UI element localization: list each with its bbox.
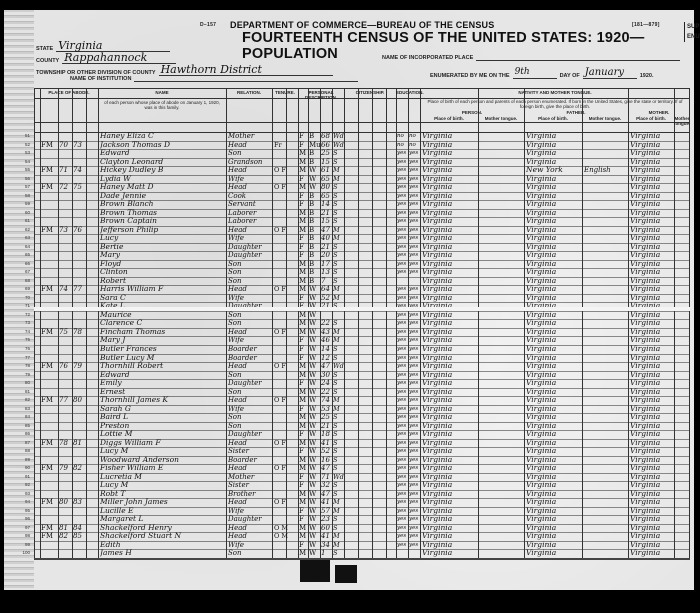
cell-marital: S: [333, 277, 344, 286]
cell-father-tongue: [584, 515, 628, 524]
cell-street: [41, 311, 58, 320]
column-header: Mother tongue.: [674, 116, 690, 126]
cell-mother-birth: Virginia: [630, 141, 674, 150]
line-number: 81: [18, 389, 30, 394]
cell-relation: Daughter: [228, 379, 272, 388]
cell-mother-birth: Virginia: [630, 260, 674, 269]
cell-name: Haney Matt D: [100, 183, 226, 192]
cell-read: yes: [397, 447, 408, 456]
cell-marital: S: [333, 251, 344, 260]
cell-mother-birth: Virginia: [630, 285, 674, 294]
cell-dwelling: [59, 388, 72, 397]
cell-read: yes: [397, 515, 408, 524]
cell-name: Robt T: [100, 490, 226, 499]
cell-birth: Virginia: [422, 209, 478, 218]
table-row: 78FM7679Thornhill RobertHeadO FMW47Wdyes…: [34, 362, 690, 371]
cell-name: Thornhill James K: [100, 396, 226, 405]
cell-mother-birth: Virginia: [630, 456, 674, 465]
table-row: 65MaryDaughterFB20SyesyesVirginiaVirgini…: [34, 251, 690, 260]
cell-marital: M: [333, 405, 344, 414]
cell-father-tongue: English: [584, 166, 628, 175]
cell-tenure: [274, 430, 298, 439]
cell-street: [41, 515, 58, 524]
cell-race: W: [309, 439, 320, 448]
cell-father-birth: Virginia: [526, 285, 582, 294]
cell-write: yes: [409, 260, 420, 269]
cell-father-birth: Virginia: [526, 158, 582, 167]
cell-relation: Son: [228, 388, 272, 397]
cell-race: B: [309, 234, 320, 243]
cell-mother-birth: Virginia: [630, 192, 674, 201]
cell-marital: S: [333, 209, 344, 218]
cell-race: W: [309, 183, 320, 192]
cell-race: W: [309, 328, 320, 337]
table-row: 77Butler Lucy MBoarderFW12SyesyesVirgini…: [34, 354, 690, 363]
cell-birth: Virginia: [422, 192, 478, 201]
cell-relation: Wife: [228, 336, 272, 345]
line-number: 93: [18, 491, 30, 496]
cell-race: W: [309, 311, 320, 320]
cell-marital: S: [333, 371, 344, 380]
cell-father-birth: Virginia: [526, 226, 582, 235]
cell-street: FM: [41, 328, 58, 337]
cell-sex: F: [299, 430, 308, 439]
cell-family: [73, 209, 86, 218]
cell-read: yes: [397, 175, 408, 184]
table-row: 82FM7780Thornhill James KHeadO FMW74Myes…: [34, 396, 690, 405]
cell-write: [409, 549, 420, 558]
cell-relation: Head: [228, 439, 272, 448]
table-row: 57FM7275Haney Matt DHeadO FMW80SyesyesVi…: [34, 183, 690, 192]
line-number: 95: [18, 508, 30, 513]
cell-relation: Son: [228, 422, 272, 431]
cell-relation: Wife: [228, 175, 272, 184]
cell-read: yes: [397, 413, 408, 422]
cell-read: yes: [397, 498, 408, 507]
cell-father-birth: Virginia: [526, 371, 582, 380]
census-table: PLACE OF ABODE.NAMERELATION.TENURE.PERSO…: [34, 88, 690, 558]
cell-sex: M: [299, 532, 308, 541]
cell-family: [73, 405, 86, 414]
line-number: 54: [18, 159, 30, 164]
cell-age: 53: [321, 405, 332, 414]
cell-age: 52: [321, 294, 332, 303]
line-number: 92: [18, 482, 30, 487]
cell-father-birth: Virginia: [526, 209, 582, 218]
line-number: 83: [18, 406, 30, 411]
cell-family: [73, 132, 86, 141]
cell-birth: Virginia: [422, 294, 478, 303]
cell-family: [73, 549, 86, 558]
cell-race: W: [309, 490, 320, 499]
cell-dwelling: [59, 549, 72, 558]
cell-father-birth: Virginia: [526, 141, 582, 150]
nativity-instructions: Place of birth of each person and parent…: [424, 99, 686, 109]
cell-birth: Virginia: [422, 464, 478, 473]
cell-relation: Son: [228, 268, 272, 277]
cell-age: 21: [321, 243, 332, 252]
cell-relation: Head: [228, 141, 272, 150]
cell-name: Lucille E: [100, 507, 226, 516]
cell-read: yes: [397, 371, 408, 380]
cell-age: 15: [321, 158, 332, 167]
cell-father-birth: Virginia: [526, 192, 582, 201]
cell-birth: Virginia: [422, 524, 478, 533]
cell-race: W: [309, 413, 320, 422]
cell-age: 60: [321, 524, 332, 533]
cell-father-birth: Virginia: [526, 183, 582, 192]
cell-sex: F: [299, 354, 308, 363]
cell-read: yes: [397, 251, 408, 260]
cell-relation: Head: [228, 464, 272, 473]
cell-age: 80: [321, 183, 332, 192]
cell-street: FM: [41, 524, 58, 533]
cell-read: yes: [397, 345, 408, 354]
cell-age: 40: [321, 234, 332, 243]
cell-write: [409, 277, 420, 286]
cell-family: [73, 175, 86, 184]
cell-street: [41, 490, 58, 499]
table-row: 88Lucy MSisterFW52SyesyesVirginiaVirgini…: [34, 447, 690, 456]
cell-tenure: O F: [274, 439, 298, 448]
cell-family: [73, 379, 86, 388]
cell-name: Maurice: [100, 311, 226, 320]
cell-mother-birth: Virginia: [630, 319, 674, 328]
column-header: CITIZENSHIP.: [344, 90, 396, 95]
cell-write: no: [409, 132, 420, 141]
cell-father-birth: Virginia: [526, 336, 582, 345]
cell-father-tongue: [584, 354, 628, 363]
cell-sex: M: [299, 209, 308, 218]
cell-dwelling: 78: [59, 439, 72, 448]
cell-sex: M: [299, 183, 308, 192]
cell-race: W: [309, 456, 320, 465]
cell-read: yes: [397, 362, 408, 371]
cell-mother-birth: Virginia: [630, 447, 674, 456]
cell-father-birth: Virginia: [526, 319, 582, 328]
cell-sex: F: [299, 515, 308, 524]
cell-father-tongue: [584, 209, 628, 218]
cell-father-birth: Virginia: [526, 388, 582, 397]
cell-birth: Virginia: [422, 515, 478, 524]
table-row: 97FM8184Shackelford HenryHeadO MMW60Syes…: [34, 524, 690, 533]
cell-dwelling: 79: [59, 464, 72, 473]
cell-mother-birth: Virginia: [630, 243, 674, 252]
line-number: 63: [18, 235, 30, 240]
cell-mother-birth: Virginia: [630, 405, 674, 414]
cell-dwelling: 71: [59, 166, 72, 175]
cell-father-birth: Virginia: [526, 490, 582, 499]
table-row: 56Lydia WWifeFW65MyesyesVirginiaVirginia…: [34, 175, 690, 184]
cell-marital: M: [333, 328, 344, 337]
cell-tenure: O F: [274, 362, 298, 371]
line-number: 99: [18, 542, 30, 547]
cell-birth: Virginia: [422, 456, 478, 465]
cell-dwelling: [59, 354, 72, 363]
cell-sex: M: [299, 268, 308, 277]
line-number: 56: [18, 176, 30, 181]
cell-father-birth: Virginia: [526, 175, 582, 184]
cell-tenure: [274, 481, 298, 490]
cell-tenure: [274, 132, 298, 141]
cell-family: [73, 260, 86, 269]
cell-age: 23: [321, 515, 332, 524]
cell-tenure: [274, 217, 298, 226]
cell-mother-birth: Virginia: [630, 226, 674, 235]
cell-relation: Son: [228, 549, 272, 558]
cell-name: Clarence C: [100, 319, 226, 328]
cell-father-birth: Virginia: [526, 217, 582, 226]
cell-relation: Head: [228, 532, 272, 541]
cell-race: W: [309, 541, 320, 550]
cell-relation: Head: [228, 166, 272, 175]
cell-street: [41, 149, 58, 158]
cell-father-birth: Virginia: [526, 132, 582, 141]
cell-street: [41, 422, 58, 431]
cell-race: W: [309, 371, 320, 380]
cell-sex: M: [299, 456, 308, 465]
redaction-block: [335, 565, 357, 583]
cell-dwelling: 76: [59, 362, 72, 371]
cell-name: Sarah G: [100, 405, 226, 414]
cell-dwelling: [59, 319, 72, 328]
cell-mother-birth: Virginia: [630, 388, 674, 397]
cell-read: yes: [397, 311, 408, 320]
cell-tenure: [274, 371, 298, 380]
cell-write: yes: [409, 311, 420, 320]
cell-race: W: [309, 549, 320, 558]
cell-marital: M: [333, 175, 344, 184]
cell-read: yes: [397, 285, 408, 294]
cell-read: yes: [397, 524, 408, 533]
cell-dwelling: [59, 175, 72, 184]
line-number: 98: [18, 533, 30, 538]
cell-name: Harris William F: [100, 285, 226, 294]
cell-father-birth: Virginia: [526, 311, 582, 320]
line-number: 60: [18, 210, 30, 215]
cell-write: yes: [409, 456, 420, 465]
cell-marital: S: [333, 430, 344, 439]
cell-dwelling: [59, 473, 72, 482]
table-row: 84Baird LSonMW25SyesyesVirginiaVirginiaV…: [34, 413, 690, 422]
cell-marital: [333, 311, 344, 320]
cell-tenure: O F: [274, 328, 298, 337]
name-column-instructions: of each person whose place of abode on J…: [100, 100, 224, 110]
table-row: 68RobertSonMB7SVirginiaVirginiaVirginia: [34, 277, 690, 286]
cell-street: FM: [41, 141, 58, 150]
cell-marital: Wd: [333, 473, 344, 482]
cell-read: yes: [397, 260, 408, 269]
line-number: 78: [18, 363, 30, 368]
cell-marital: M: [333, 226, 344, 235]
cell-race: W: [309, 473, 320, 482]
cell-write: yes: [409, 209, 420, 218]
cell-family: [73, 149, 86, 158]
cell-father-tongue: [584, 388, 628, 397]
cell-name: Butler Frances: [100, 345, 226, 354]
cell-race: W: [309, 447, 320, 456]
table-row: 89Woodward AndersonBoarderMW16SyesyesVir…: [34, 456, 690, 465]
cell-write: yes: [409, 200, 420, 209]
cell-street: [41, 371, 58, 380]
cell-marital: S: [333, 456, 344, 465]
cell-father-tongue: [584, 277, 628, 286]
cell-street: [41, 294, 58, 303]
cell-dwelling: [59, 209, 72, 218]
cell-marital: S: [333, 490, 344, 499]
cell-birth: Virginia: [422, 319, 478, 328]
table-row: 83Sarah GWifeFW53MyesyesVirginiaVirginia…: [34, 405, 690, 414]
cell-read: yes: [397, 268, 408, 277]
cell-sex: M: [299, 439, 308, 448]
cell-relation: Wife: [228, 507, 272, 516]
cell-write: yes: [409, 217, 420, 226]
line-number: 51: [18, 133, 30, 138]
line-number: 85: [18, 423, 30, 428]
cell-sex: F: [299, 141, 308, 150]
cell-name: Sara C: [100, 294, 226, 303]
cell-name: Lottie M: [100, 430, 226, 439]
cell-father-tongue: [584, 192, 628, 201]
cell-tenure: Fr: [274, 141, 298, 150]
table-row: 72MauriceSonMWyesyesVirginiaVirginiaVirg…: [34, 311, 690, 320]
cell-name: Woodward Anderson: [100, 456, 226, 465]
cell-birth: Virginia: [422, 490, 478, 499]
cell-tenure: [274, 158, 298, 167]
cell-mother-birth: Virginia: [630, 507, 674, 516]
cell-read: yes: [397, 541, 408, 550]
cell-relation: Boarder: [228, 354, 272, 363]
cell-father-tongue: [584, 379, 628, 388]
cell-name: Edward: [100, 371, 226, 380]
line-number: 80: [18, 380, 30, 385]
cell-sex: F: [299, 481, 308, 490]
redaction-block: [300, 560, 330, 582]
cell-marital: S: [333, 464, 344, 473]
cell-relation: Son: [228, 149, 272, 158]
cell-family: 73: [73, 141, 86, 150]
cell-family: 76: [73, 226, 86, 235]
cell-sex: F: [299, 541, 308, 550]
cell-father-birth: Virginia: [526, 430, 582, 439]
cell-birth: Virginia: [422, 183, 478, 192]
cell-dwelling: 77: [59, 396, 72, 405]
cell-birth: Virginia: [422, 251, 478, 260]
table-row: 96Margaret LDaughterFW23SyesyesVirginiaV…: [34, 515, 690, 524]
line-number: 62: [18, 227, 30, 232]
cell-street: [41, 217, 58, 226]
cell-mother-birth: Virginia: [630, 498, 674, 507]
cell-sex: M: [299, 498, 308, 507]
cell-family: [73, 388, 86, 397]
table-row: 76Butler FrancesBoarderFW14SyesyesVirgin…: [34, 345, 690, 354]
cell-tenure: [274, 209, 298, 218]
cell-birth: Virginia: [422, 345, 478, 354]
cell-race: W: [309, 175, 320, 184]
cell-birth: Virginia: [422, 268, 478, 277]
cell-father-tongue: [584, 371, 628, 380]
cell-family: 82: [73, 464, 86, 473]
line-number: 79: [18, 372, 30, 377]
cell-race: W: [309, 405, 320, 414]
cell-mother-birth: Virginia: [630, 311, 674, 320]
cell-sex: M: [299, 319, 308, 328]
cell-street: [41, 345, 58, 354]
cell-read: yes: [397, 464, 408, 473]
cell-mother-birth: Virginia: [630, 294, 674, 303]
cell-father-birth: Virginia: [526, 481, 582, 490]
cell-write: yes: [409, 524, 420, 533]
column-header: FATHER.: [524, 110, 628, 115]
cell-name: Baird L: [100, 413, 226, 422]
cell-read: yes: [397, 328, 408, 337]
cell-sex: F: [299, 345, 308, 354]
cell-age: 17: [321, 260, 332, 269]
cell-street: FM: [41, 439, 58, 448]
cell-age: 41: [321, 498, 332, 507]
cell-tenure: [274, 234, 298, 243]
cell-dwelling: [59, 294, 72, 303]
column-header: Place of birth.: [420, 116, 478, 121]
cell-street: [41, 379, 58, 388]
cell-relation: Grandson: [228, 158, 272, 167]
cell-name: Clinton: [100, 268, 226, 277]
cell-sex: M: [299, 285, 308, 294]
cell-dwelling: [59, 251, 72, 260]
cell-read: yes: [397, 439, 408, 448]
cell-marital: S: [333, 379, 344, 388]
cell-family: [73, 319, 86, 328]
line-number: 57: [18, 184, 30, 189]
cell-age: 20: [321, 251, 332, 260]
line-number: 94: [18, 499, 30, 504]
cell-tenure: [274, 405, 298, 414]
cell-birth: Virginia: [422, 354, 478, 363]
cell-read: no: [397, 141, 408, 150]
line-number: 77: [18, 355, 30, 360]
cell-relation: Cook: [228, 192, 272, 201]
cell-read: yes: [397, 192, 408, 201]
table-row: 62FM7376Jefferson PhilipHeadO FMB47Myesy…: [34, 226, 690, 235]
cell-dwelling: [59, 217, 72, 226]
cell-age: 25: [321, 413, 332, 422]
cell-race: B: [309, 268, 320, 277]
cell-father-tongue: [584, 396, 628, 405]
cell-dwelling: 70: [59, 141, 72, 150]
cell-father-tongue: [584, 268, 628, 277]
column-header: PERSON.: [420, 110, 524, 115]
cell-race: W: [309, 515, 320, 524]
cell-father-birth: Virginia: [526, 413, 582, 422]
cell-age: 12: [321, 354, 332, 363]
cell-marital: Wd: [333, 141, 344, 150]
cell-father-tongue: [584, 541, 628, 550]
cell-marital: M: [333, 234, 344, 243]
column-header: PERSONAL DESCRIPTION.: [298, 90, 344, 100]
cell-dwelling: [59, 132, 72, 141]
cell-age: 21: [321, 209, 332, 218]
table-row: 61Brown CaptainLaborerMB15SyesyesVirgini…: [34, 217, 690, 226]
cell-age: 18: [321, 430, 332, 439]
cell-dwelling: 75: [59, 328, 72, 337]
cell-mother-birth: Virginia: [630, 328, 674, 337]
cell-father-tongue: [584, 447, 628, 456]
form-number: D–157: [200, 22, 216, 28]
cell-write: yes: [409, 379, 420, 388]
cell-father-birth: Virginia: [526, 541, 582, 550]
cell-relation: Head: [228, 362, 272, 371]
cell-age: 22: [321, 388, 332, 397]
